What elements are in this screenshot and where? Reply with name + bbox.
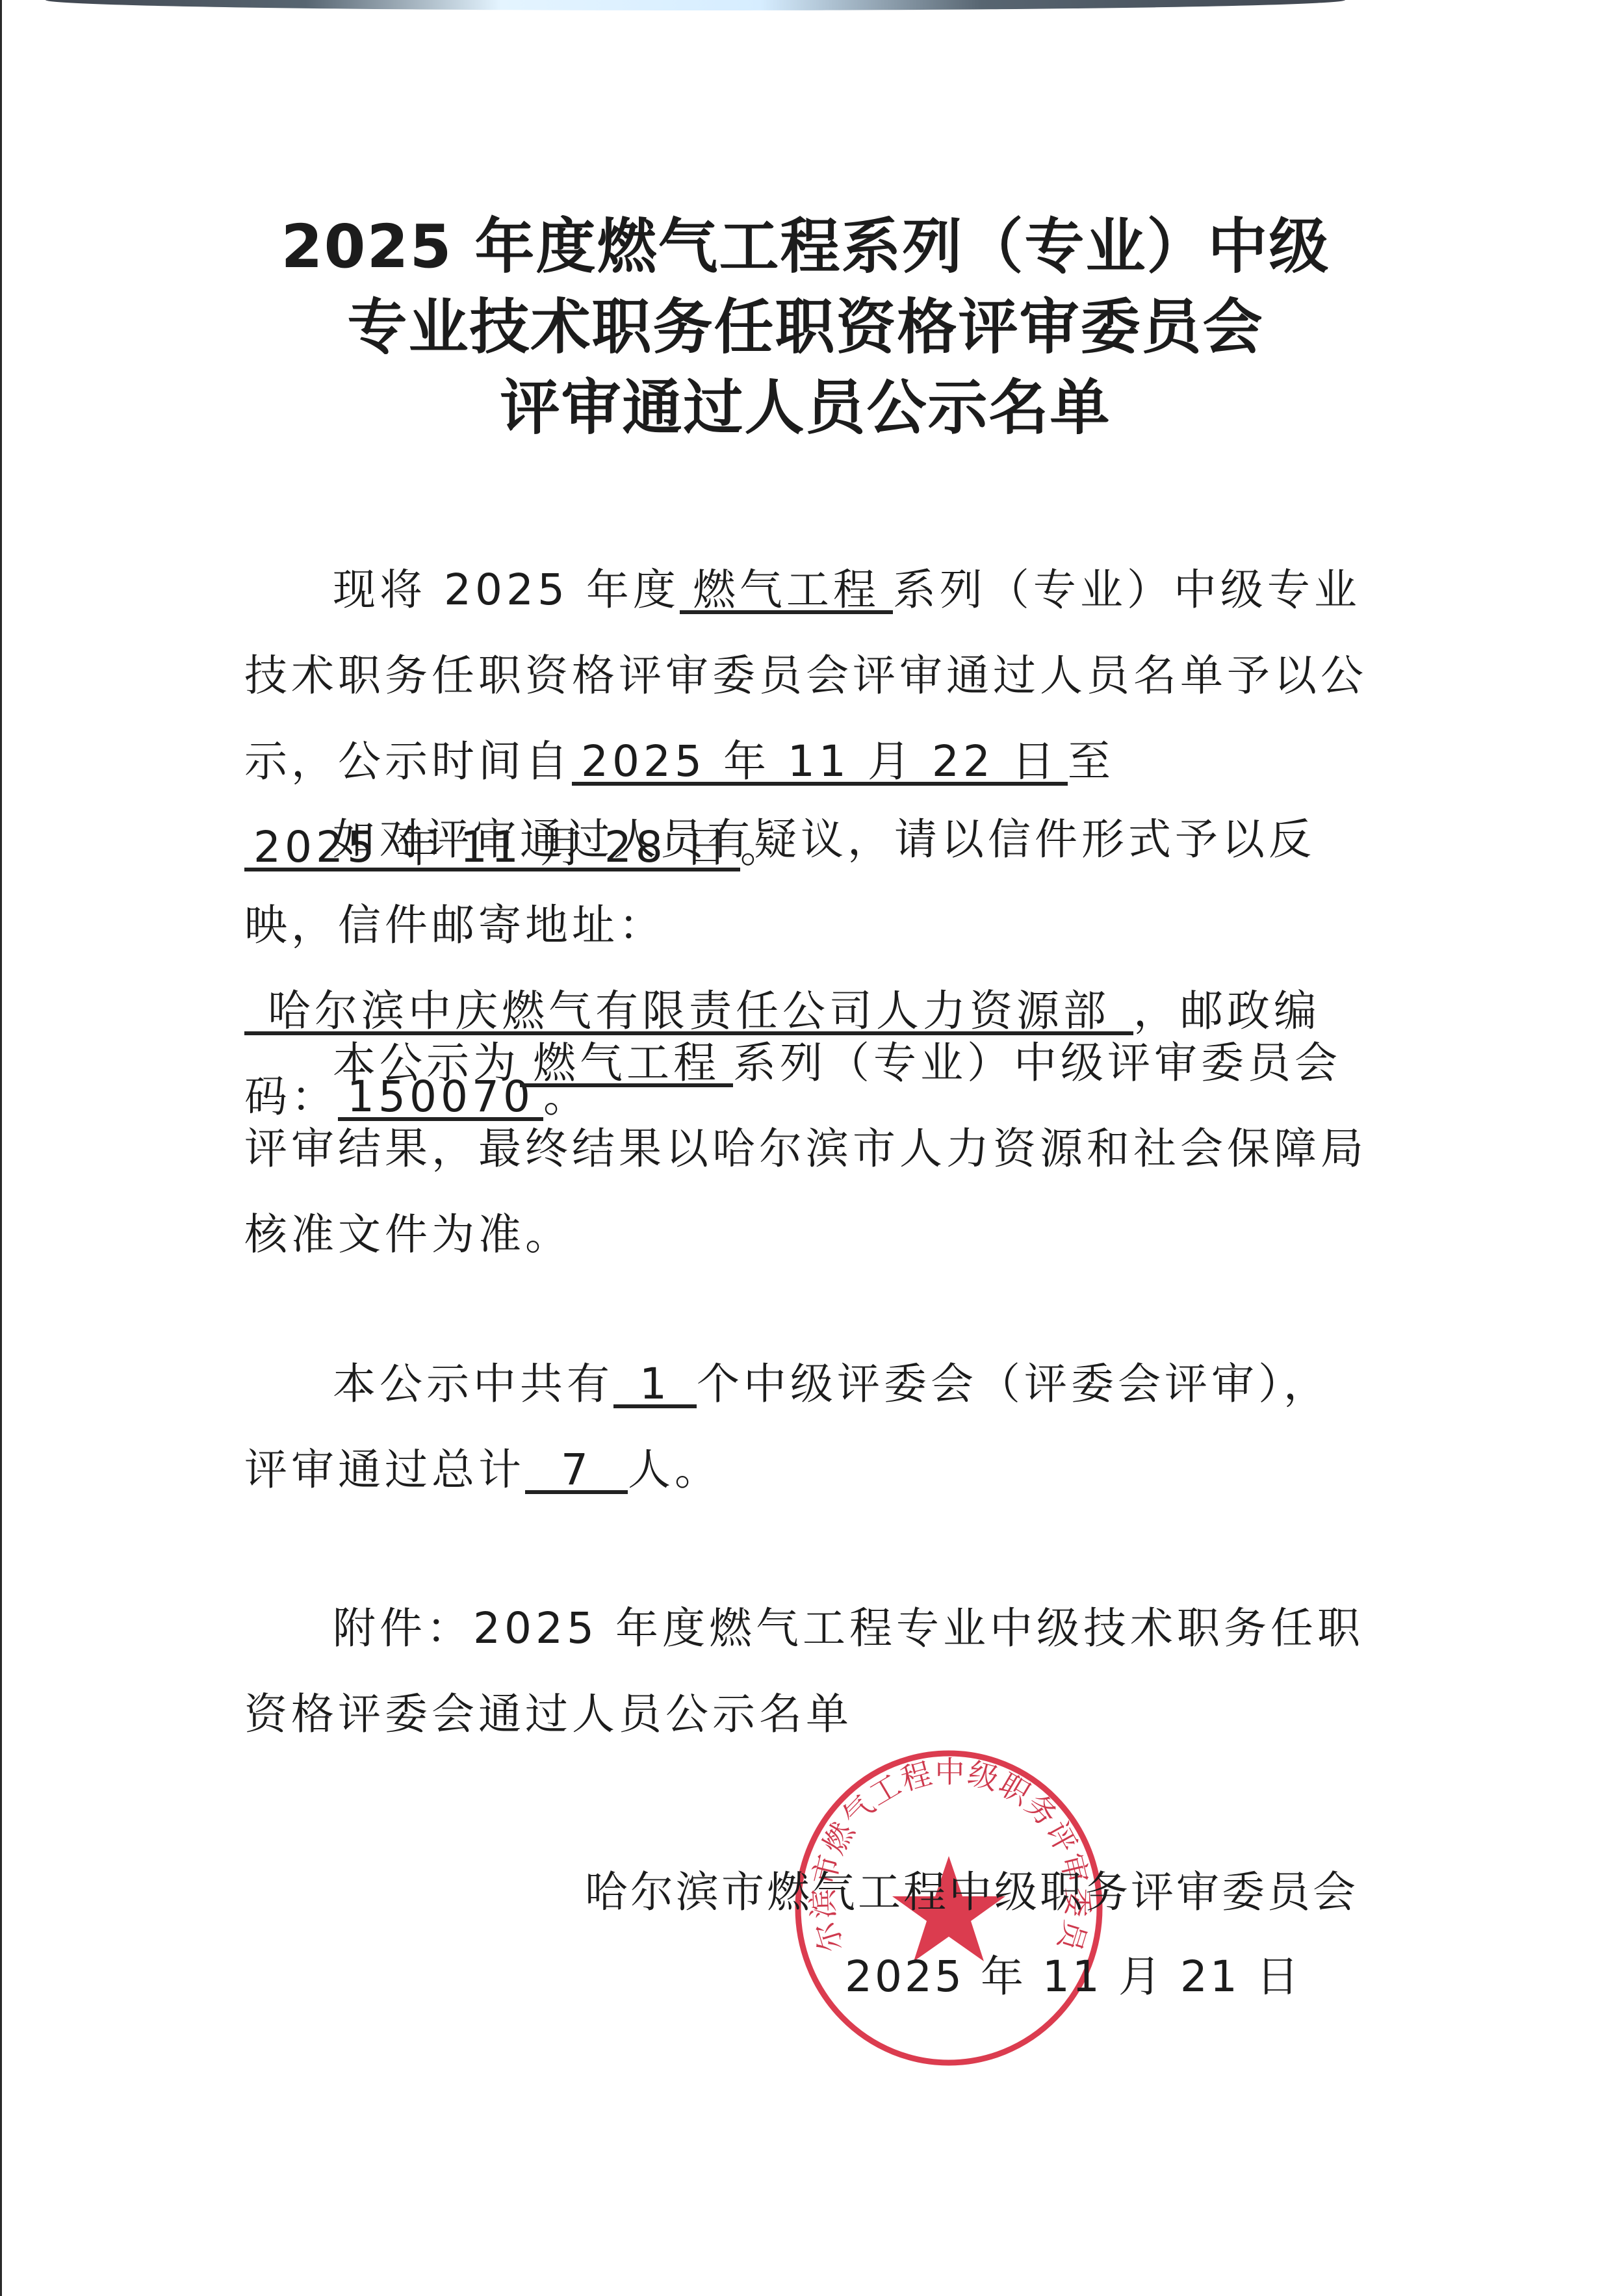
title-line-1: 2025 年度燃气工程系列（专业）中级 [0,207,1611,287]
signature-date: 2025 年 11 月 21 日 [845,1942,1302,2004]
committee-count-blank: 1 [613,1364,697,1408]
p4-suffix: 人。 [628,1445,721,1495]
series-blank: 燃气工程 [680,570,893,614]
paragraph-attachment: 附件：2025 年度燃气工程专业中级技术职务任职资格评委会通过人员公示名单 [244,1586,1375,1757]
series-blank-2: 燃气工程 [520,1043,733,1087]
signature-organization: 哈尔滨市燃气工程中级职务评审委员会 [585,1857,1358,1919]
start-date-blank: 2025 年 11 月 22 日 [572,742,1068,786]
paragraph-final-result: 本公示为燃气工程系列（专业）中级评审委员会评审结果，最终结果以哈尔滨市人力资源和… [244,1020,1375,1278]
p1-prefix: 现将 2025 年度 [244,565,680,615]
paragraph-summary-count: 本公示中共有1个中级评委会（评委会评审），评审通过总计7人。 [244,1341,1375,1513]
title-line-3: 评审通过人员公示名单 [0,368,1611,448]
attachment-text: 附件：2025 年度燃气工程专业中级技术职务任职资格评委会通过人员公示名单 [244,1603,1364,1739]
total-passed-blank: 7 [525,1450,628,1494]
p3-prefix: 本公示为 [244,1038,520,1088]
document-title: 2025 年度燃气工程系列（专业）中级 专业技术职务任职资格评审委员会 评审通过… [0,207,1611,448]
title-line-2: 专业技术职务任职资格评审委员会 [0,287,1611,368]
scan-edge-top [45,0,1345,10]
p2-prefix: 如对评审通过人员有疑议，请以信件形式予以反映，信件邮寄地址： [244,814,1315,950]
p1-to: 至 [1068,736,1115,786]
p4-prefix: 本公示中共有 [244,1359,613,1409]
